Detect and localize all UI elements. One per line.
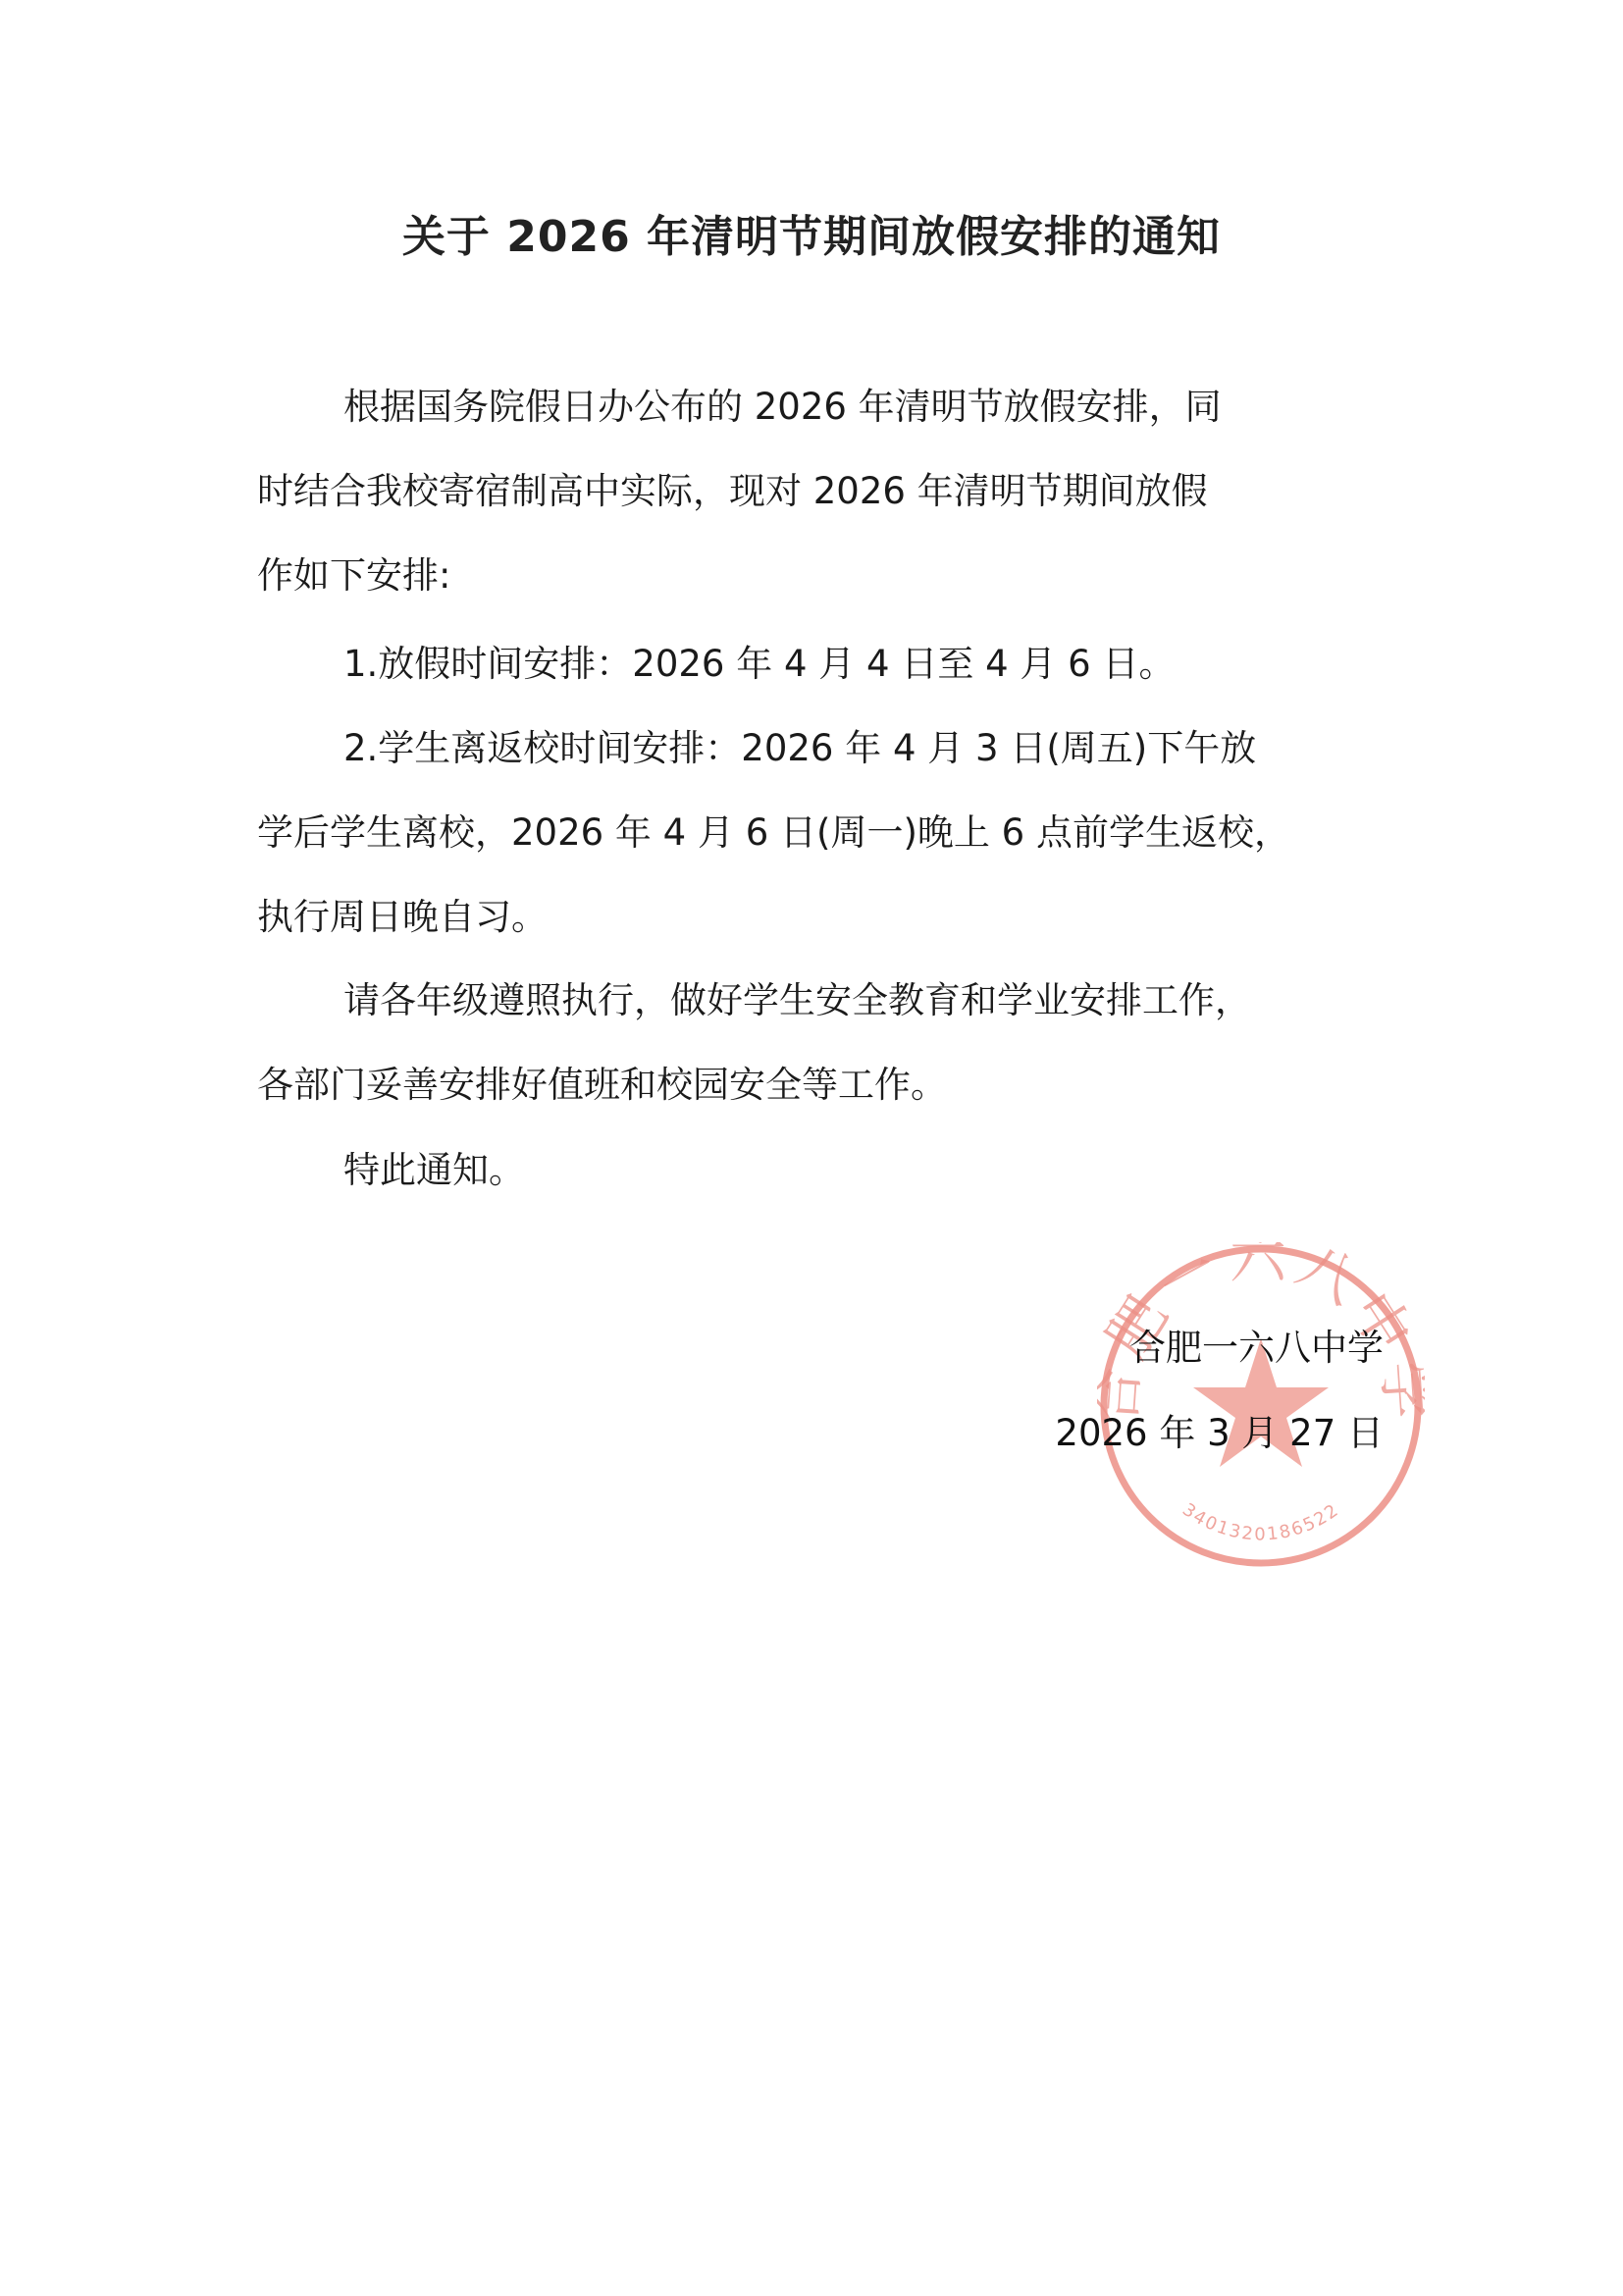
intro-line-3: 作如下安排:: [257, 534, 1386, 618]
closing-paragraph: 请各年级遵照执行，做好学生安全教育和学业安排工作， 各部门妥善安排好值班和校园安…: [257, 959, 1386, 1127]
signature-organization: 合肥一六八中学: [1129, 1318, 1384, 1371]
item-2-paragraph: 2.学生离返校时间安排：2026 年 4 月 3 日(周五)下午放 学后学生离校…: [257, 706, 1386, 960]
final-paragraph: 特此通知。: [257, 1128, 1386, 1213]
intro-line-1: 根据国务院假日办公布的 2026 年清明节放假安排，同: [257, 365, 1386, 449]
intro-paragraph: 根据国务院假日办公布的 2026 年清明节放假安排，同 时结合我校寄宿制高中实际…: [257, 365, 1386, 618]
signature-date: 2026 年 3 月 27 日: [1055, 1403, 1384, 1456]
closing-line-2: 各部门妥善安排好值班和校园安全等工作。: [257, 1043, 1386, 1127]
intro-line-2: 时结合我校寄宿制高中实际，现对 2026 年清明节期间放假: [257, 449, 1386, 534]
item-2-line-3: 执行周日晚自习。: [257, 875, 1386, 960]
closing-line-1: 请各年级遵照执行，做好学生安全教育和学业安排工作，: [257, 959, 1386, 1043]
final-text: 特此通知。: [257, 1128, 1386, 1213]
item-2-line-2: 学后学生离校，2026 年 4 月 6 日(周一)晚上 6 点前学生返校，: [257, 791, 1386, 875]
svg-text:3401320186522: 3401320186522: [1178, 1499, 1343, 1544]
item-1-paragraph: 1.放假时间安排：2026 年 4 月 4 日至 4 月 6 日。: [257, 622, 1386, 706]
item-2-line-1: 2.学生离返校时间安排：2026 年 4 月 3 日(周五)下午放: [257, 706, 1386, 791]
item-1-text: 1.放假时间安排：2026 年 4 月 4 日至 4 月 6 日。: [257, 622, 1386, 706]
document-title: 关于 2026 年清明节期间放假安排的通知: [0, 201, 1623, 264]
